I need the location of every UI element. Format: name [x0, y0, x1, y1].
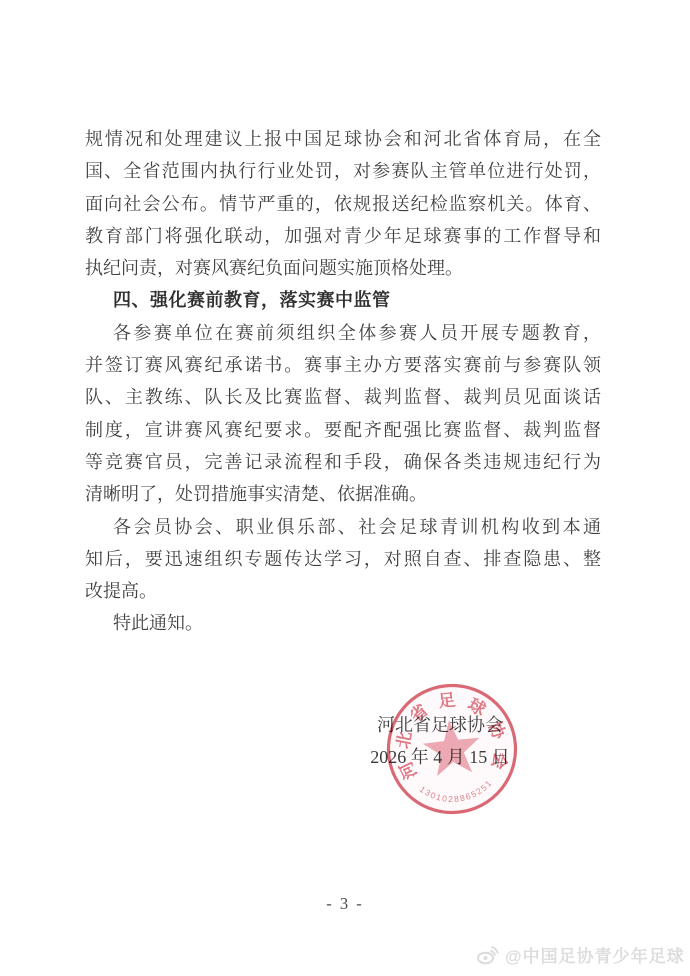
body-line: 等竞赛官员，完善记录流程和手段，确保各类违规违纪行为 — [85, 446, 601, 478]
document-page: 规情况和处理建议上报中国足球协会和河北省体育局，在全 国、全省范围内执行行业处罚… — [0, 0, 690, 976]
official-seal-stamp: 河 北 省 足 球 协 会 1301028865251 — [375, 672, 529, 826]
body-line: 清晰明了，处罚措施事实清楚、依据准确。 — [85, 478, 601, 510]
body-line: 规情况和处理建议上报中国足球协会和河北省体育局，在全 — [85, 123, 601, 155]
body-line: 制度，宣讲赛风赛纪要求。要配齐配强比赛监督、裁判监督 — [85, 414, 601, 446]
page-number: - 3 - — [0, 894, 690, 914]
body-line: 国、全省范围内执行行业处罚，对参赛队主管单位进行处罚， — [85, 155, 601, 187]
watermark: @中国足协青少年足球 — [476, 942, 685, 967]
body-line: 执纪问责，对赛风赛纪负面问题实施顶格处理。 — [85, 252, 601, 284]
body-line: 队、主教练、队长及比赛监督、裁判监督、裁判员见面谈话 — [85, 381, 601, 413]
document-body: 规情况和处理建议上报中国足球协会和河北省体育局，在全 国、全省范围内执行行业处罚… — [85, 123, 601, 640]
weibo-icon — [476, 945, 500, 965]
body-line: 各会员协会、职业俱乐部、社会足球青训机构收到本通 — [85, 511, 601, 543]
body-line: 改提高。 — [85, 575, 601, 607]
closing-line: 特此通知。 — [85, 607, 601, 639]
watermark-text: @中国足协青少年足球 — [505, 942, 685, 967]
body-line: 知后，要迅速组织专题传达学习，对照自查、排查隐患、整 — [85, 543, 601, 575]
body-line: 各参赛单位在赛前须组织全体参赛人员开展专题教育， — [85, 317, 601, 349]
body-line: 并签订赛风赛纪承诺书。赛事主办方要落实赛前与参赛队领 — [85, 349, 601, 381]
stamp-arc-char: 足 — [437, 690, 456, 711]
body-line: 面向社会公布。情节严重的，依规报送纪检监察机关。体育、 — [85, 188, 601, 220]
body-line: 教育部门将强化联动，加强对青少年足球赛事的工作督导和 — [85, 220, 601, 252]
stamp-arc-char: 北 — [393, 730, 415, 750]
section-heading: 四、强化赛前教育，落实赛中监管 — [85, 284, 601, 316]
